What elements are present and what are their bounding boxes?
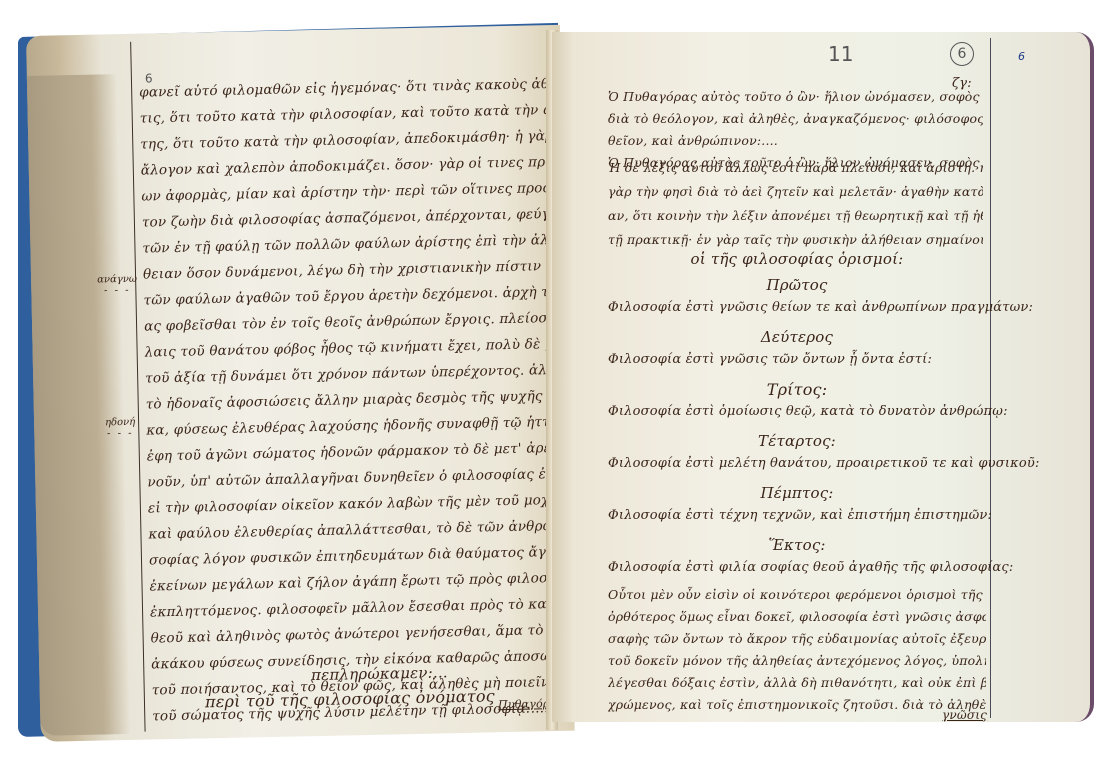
right-page: 11 6 6 ζγ: Ὁ Πυθαγόρας αὐτὸς τοῦτο ὁ ὢν·… bbox=[552, 32, 1094, 722]
definition-ordinal: Δεύτερος bbox=[612, 328, 982, 346]
left-page-text: φανεῖ αὐτό φιλομαθῶν εἰς ἡγεμόνας· ὅτι τ… bbox=[139, 71, 563, 729]
margin-note-dashes: - - - bbox=[97, 285, 137, 297]
paragraph-commentary: Οὗτοι μὲν οὖν εἰσὶν οἱ κοινότεροι φερόμε… bbox=[608, 584, 986, 716]
text-line: σαφὴς τῶν ὄντων τὸ ἄκρον τῆς εὐδαιμονίας… bbox=[608, 628, 986, 650]
text-line: λέγεσθαι δόξαις ἐστὶν, ἀλλὰ δὴ πιθανότητ… bbox=[608, 672, 986, 694]
definition-text: Φιλοσοφία ἐστὶ γνῶσις τῶν ὄντων ᾗ ὄντα ἐ… bbox=[608, 352, 983, 367]
text-line: Οὗτοι μὲν οὖν εἰσὶν οἱ κοινότεροι φερόμε… bbox=[608, 584, 986, 606]
paragraph-etymology: Ἡ δὲ λέξις αὐτοῦ ἄλλως ἐστὶ παρὰ πλείοσι… bbox=[608, 156, 983, 252]
folio-number: 11 bbox=[828, 42, 853, 66]
margin-note: ηδονή - - - bbox=[100, 417, 140, 440]
definition-text: Φιλοσοφία ἐστὶ μελέτη θανάτου, προαιρετι… bbox=[608, 456, 983, 471]
definitions-heading: οἱ τῆς φιλοσοφίας ὁρισμοί: bbox=[612, 250, 982, 268]
text-line: θεῖον, καὶ ἀνθρώπινον:.... bbox=[608, 130, 983, 152]
margin-rule bbox=[990, 38, 991, 718]
text-line: γὰρ τὴν φησὶ διὰ τὸ ἀεὶ ζητεῖν καὶ μελετ… bbox=[608, 180, 983, 204]
margin-note-text: ηδονή bbox=[105, 417, 135, 429]
margin-note-dashes: - - - bbox=[100, 428, 140, 440]
catchword: γνῶσις bbox=[942, 708, 987, 722]
text-line: αν, ὅτι κοινὴν τὴν λέξιν ἀπονέμει τῇ θεω… bbox=[608, 204, 983, 228]
margin-note: ανάγνω - - - bbox=[97, 274, 137, 297]
blue-page-number: 6 bbox=[1018, 50, 1025, 63]
page-edge-stain bbox=[27, 74, 131, 736]
definition-ordinal: Τέταρτος: bbox=[612, 432, 982, 450]
manuscript-photo: 6 ανάγνω - - - ηδονή - - - φανεῖ αὐτό φι… bbox=[0, 0, 1101, 768]
text-line: ὀρθότερος ὅμως εἶναι δοκεῖ, φιλοσοφία ἐσ… bbox=[608, 606, 986, 628]
definition-ordinal: Ἕκτος: bbox=[612, 536, 982, 554]
text-line: τοῦ δοκεῖν μόνον τῆς ἀληθείας ἀντεχόμενο… bbox=[608, 650, 986, 672]
text-line: Ἡ δὲ λέξις αὐτοῦ ἄλλως ἐστὶ παρὰ πλείοσι… bbox=[608, 156, 983, 180]
left-page: 6 ανάγνω - - - ηδονή - - - φανεῖ αὐτό φι… bbox=[26, 25, 575, 742]
definition-text: Φιλοσοφία ἐστὶ γνῶσις θείων τε καὶ ἀνθρω… bbox=[608, 300, 983, 315]
margin-note-text: ανάγνω bbox=[97, 274, 137, 286]
circled-page-number: 6 bbox=[950, 42, 974, 66]
text-line: Ὁ Πυθαγόρας αὐτὸς τοῦτο ὁ ὢν· ἥλιον ὠνόμ… bbox=[608, 86, 983, 108]
text-line: διὰ τὸ θεόλογον, καὶ ἀληθὲς, ἀναγκαζόμεν… bbox=[608, 108, 983, 130]
definition-ordinal: Τρίτος: bbox=[612, 380, 982, 399]
text-line: τῇ πρακτικῇ· ἐν γὰρ ταῖς τὴν φυσικὴν ἀλή… bbox=[608, 228, 983, 252]
definition-text: Φιλοσοφία ἐστὶ φιλία σοφίας θεοῦ ἀγαθῆς … bbox=[608, 560, 983, 575]
definition-text: Φιλοσοφία ἐστὶ ὁμοίωσις θεῷ, κατὰ τὸ δυν… bbox=[608, 404, 983, 419]
text-line: χρώμενος, καὶ τοῖς ἐπιστημονικοῖς ζητοῦσ… bbox=[608, 694, 986, 716]
definition-text: Φιλοσοφία ἐστὶ τέχνη τεχνῶν, καὶ ἐπιστήμ… bbox=[608, 508, 983, 523]
definition-ordinal: Πέμπτος: bbox=[612, 484, 982, 502]
definition-ordinal: Πρῶτος bbox=[612, 276, 982, 294]
